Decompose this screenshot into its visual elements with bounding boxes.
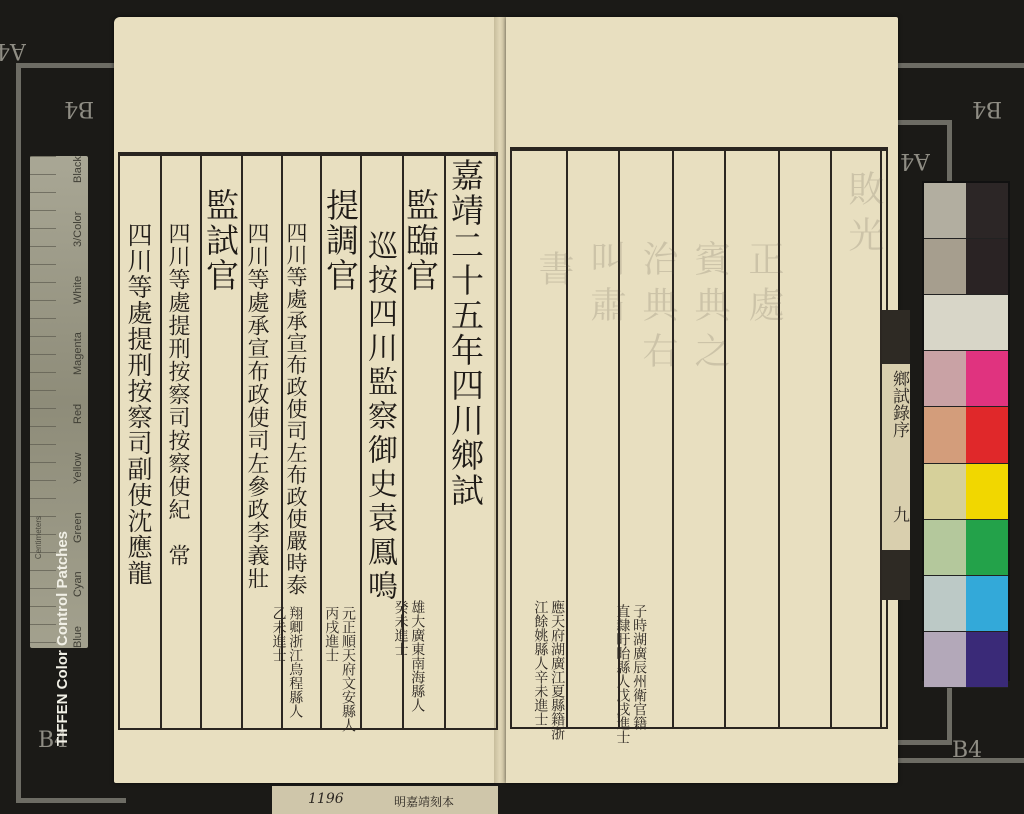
catalog-slip: 1196 明嘉靖刻本 [272,786,498,814]
bleed-through-text: 書 [528,250,579,296]
fore-edge-title: 鄉試錄序 [887,370,912,438]
color-patch [966,520,1008,575]
patch-row [924,407,1008,463]
catalog-number: 1196 [308,791,344,807]
official-ji-chang: 四川等處提刑按察司按察使紀 常 [166,222,188,567]
bleed-through-text: 治典右 [632,240,683,378]
catalog-label: 明嘉靖刻本 [394,793,454,810]
guide-label-a4-topleft: A4 [0,38,26,63]
bleed-through-text: 叫肅 [580,240,631,332]
official-yan-shitai: 四川等處承宣布政使司左布政使嚴時泰 [285,222,306,596]
official-yuan-fengming: 巡按四川監察御史袁鳳鳴 [364,230,394,604]
heading-jianlin-guan: 監臨官 [404,188,437,293]
patch-row [924,632,1008,688]
color-patch [924,407,966,462]
color-patch [924,632,966,687]
color-patch [924,520,966,575]
fore-edge-strip: 鄉試錄序 九 [880,310,910,600]
note-shen-yinglong: 翔卿浙江烏程縣人 乙未進士 [124,606,302,718]
patch-row [924,239,1008,295]
guide-label-b4-topleft: B4 [64,96,94,121]
bleed-through-text: 敗光 [838,170,889,262]
color-patch [924,295,966,350]
color-patch [966,632,1008,687]
color-patch-card [922,181,1010,681]
patch-row [924,295,1008,351]
color-patch [966,295,1008,350]
patch-row [924,576,1008,632]
color-patch [966,351,1008,406]
color-patch [966,239,1008,294]
color-patch [924,576,966,631]
tiffen-units-label: Centimeters [34,516,43,559]
color-patch [924,183,966,238]
color-patch [966,407,1008,462]
patch-row [924,464,1008,520]
exam-title: 嘉靖二十五年四川鄉試 [449,158,482,508]
official-li-yizhuang: 四川等處承宣布政使司左參政李義壯 [245,222,267,590]
tiffen-color-names: Blue Cyan Green Yellow Red Magenta White… [72,156,84,648]
patch-row [924,351,1008,407]
tiffen-color-strip: TIFFEN Color Control Patches Blue Cyan G… [30,156,88,648]
official-shen-yinglong: 四川等處提刑按察司副使沈應龍 [126,222,151,586]
ruler-scale [30,156,56,648]
right-page-frame [510,147,888,729]
bleed-through-text: 賓典之 [684,240,735,378]
color-patch [924,239,966,294]
patch-row [924,520,1008,576]
fore-edge-folio: 九 [887,506,912,523]
heading-tidiao-guan: 提調官 [324,188,357,293]
color-patch [924,351,966,406]
guide-label-b4-bottomright: B4 [952,738,982,763]
bleed-through-text: 正處 [738,240,789,332]
guide-label-a4-topright: A4 [900,148,930,173]
heading-jianshi-guan: 監試官 [204,188,237,293]
color-patch [924,464,966,519]
tiffen-brand-label: TIFFEN Color Control Patches [54,276,71,746]
patch-row [924,183,1008,239]
color-patch [966,464,1008,519]
color-patch [966,183,1008,238]
color-patch [966,576,1008,631]
guide-label-b4-topright: B4 [972,96,1002,121]
